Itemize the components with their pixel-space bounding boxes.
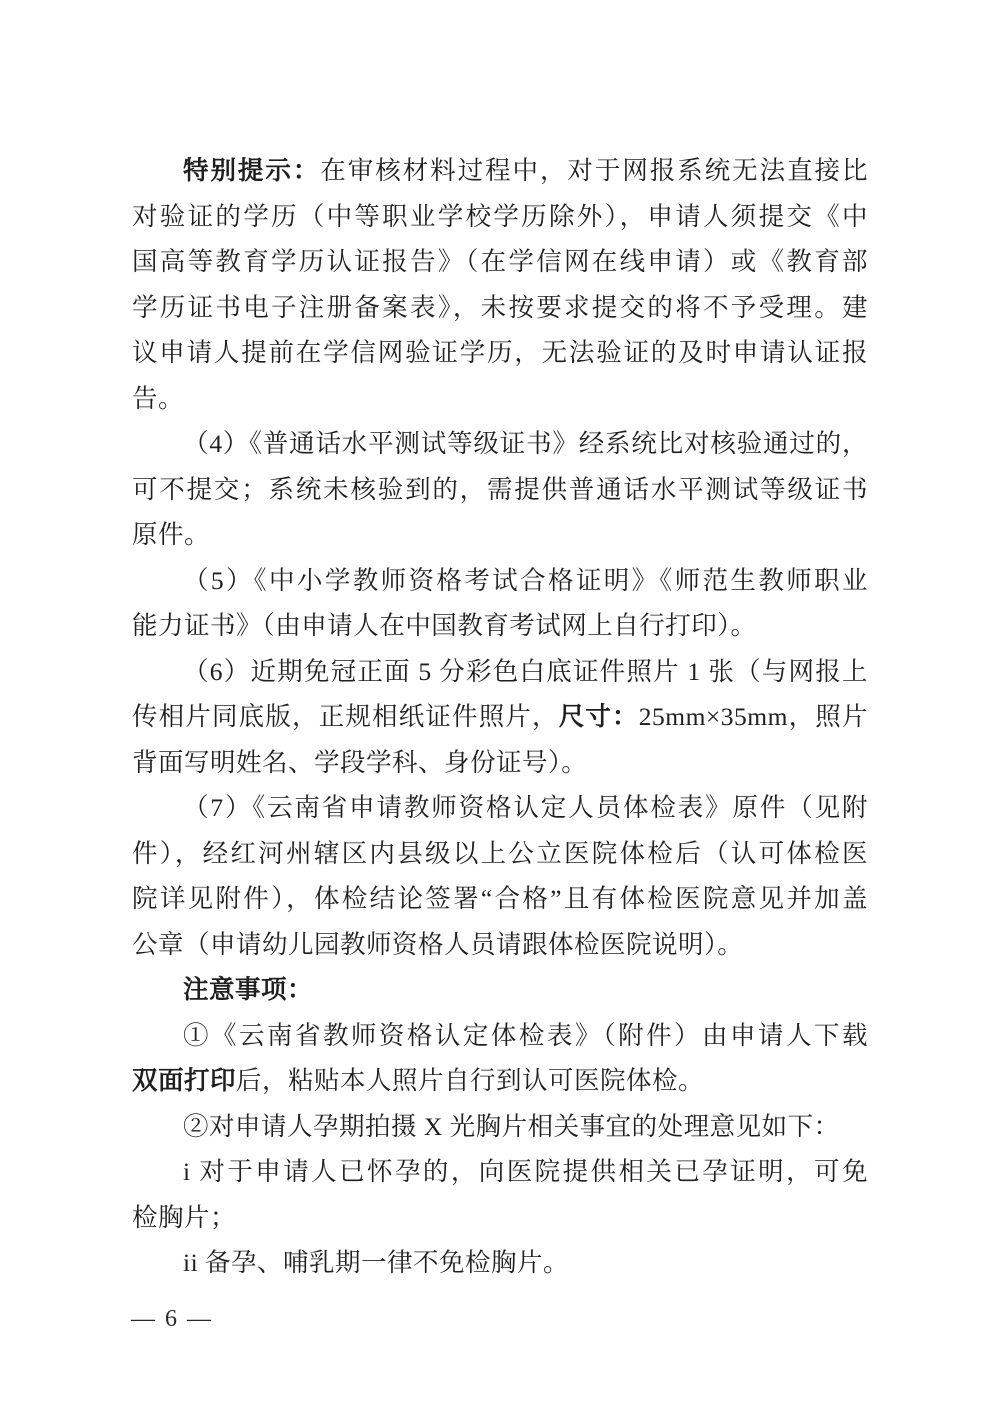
text-run: 学历证书电子注册备案表》，未按要求提交的将不予受理。建 xyxy=(132,293,868,322)
text-run: （4）《普通话水平测试等级证书》经系统比对核验通过的， xyxy=(183,429,868,458)
text-run: 议申请人提前在学信网验证学历，无法验证的及时申请认证报 xyxy=(132,338,868,367)
paragraph: （4）《普通话水平测试等级证书》经系统比对核验通过的，可不提交；系统未核验到的，… xyxy=(132,421,868,558)
text-run: 在审核材料过程中，对于网报系统无法直接比 xyxy=(320,156,868,185)
page-number: — 6 — xyxy=(131,1306,213,1333)
text-line: 院详见附件），体检结论签署“合格”且有体检医院意见并加盖 xyxy=(132,876,868,922)
document-body: 特别提示：在审核材料过程中，对于网报系统无法直接比对验证的学历（中等职业学校学历… xyxy=(132,148,868,1286)
text-run: 国高等教育学历认证报告》（在学信网在线申请）或《教育部 xyxy=(132,247,868,276)
text-line: 注意事项： xyxy=(132,967,868,1013)
text-line: 特别提示：在审核材料过程中，对于网报系统无法直接比 xyxy=(132,148,868,194)
text-line: （6）近期免冠正面 5 分彩色白底证件照片 1 张（与网报上 xyxy=(132,649,868,695)
paragraph: ②对申请人孕期拍摄 X 光胸片相关事宜的处理意见如下： xyxy=(132,1104,868,1150)
text-line: 件），经红河州辖区内县级以上公立医院体检后（认可体检医 xyxy=(132,831,868,877)
text-line: （4）《普通话水平测试等级证书》经系统比对核验通过的， xyxy=(132,421,868,467)
text-run: i 对于申请人已怀孕的，向医院提供相关已孕证明，可免 xyxy=(183,1157,868,1186)
text-line: ②对申请人孕期拍摄 X 光胸片相关事宜的处理意见如下： xyxy=(132,1104,868,1150)
bold-text: 双面打印 xyxy=(132,1066,236,1095)
text-line: （7）《云南省申请教师资格认定人员体检表》原件（见附 xyxy=(132,785,868,831)
text-run: 能力证书》（由申请人在中国教育考试网上自行打印）。 xyxy=(132,611,757,640)
paragraph: （6）近期免冠正面 5 分彩色白底证件照片 1 张（与网报上传相片同底版，正规相… xyxy=(132,649,868,786)
text-run: 公章（申请幼儿园教师资格人员请跟体检医院说明）。 xyxy=(132,930,743,959)
text-run: 传相片同底版，正规相纸证件照片， xyxy=(132,702,559,731)
text-line: 原件。 xyxy=(132,512,868,558)
bold-text: 尺寸： xyxy=(559,702,639,731)
text-line: 告。 xyxy=(132,376,868,422)
text-line: 公章（申请幼儿园教师资格人员请跟体检医院说明）。 xyxy=(132,922,868,968)
text-line: ①《云南省教师资格认定体检表》（附件）由申请人下载 xyxy=(132,1013,868,1059)
text-line: 检胸片； xyxy=(132,1195,868,1241)
text-run: 25mm×35mm，照片 xyxy=(639,702,868,731)
text-run: 检胸片； xyxy=(132,1203,236,1232)
paragraph: （7）《云南省申请教师资格认定人员体检表》原件（见附件），经红河州辖区内县级以上… xyxy=(132,785,868,967)
text-run: ②对申请人孕期拍摄 X 光胸片相关事宜的处理意见如下： xyxy=(183,1112,840,1141)
text-line: 可不提交；系统未核验到的，需提供普通话水平测试等级证书 xyxy=(132,467,868,513)
text-line: 对验证的学历（中等职业学校学历除外），申请人须提交《中 xyxy=(132,194,868,240)
text-run: 告。 xyxy=(132,384,184,413)
text-run: 院详见附件），体检结论签署“合格”且有体检医院意见并加盖 xyxy=(132,884,868,913)
text-run: 件），经红河州辖区内县级以上公立医院体检后（认可体检医 xyxy=(132,839,868,868)
text-run: （6）近期免冠正面 5 分彩色白底证件照片 1 张（与网报上 xyxy=(183,657,868,686)
text-line: ii 备孕、哺乳期一律不免检胸片。 xyxy=(132,1240,868,1286)
paragraph: 注意事项： xyxy=(132,967,868,1013)
bold-text: 注意事项： xyxy=(183,975,313,1004)
text-line: i 对于申请人已怀孕的，向医院提供相关已孕证明，可免 xyxy=(132,1149,868,1195)
text-line: 双面打印后，粘贴本人照片自行到认可医院体检。 xyxy=(132,1058,868,1104)
text-run: （7）《云南省申请教师资格认定人员体检表》原件（见附 xyxy=(183,793,868,822)
text-line: 传相片同底版，正规相纸证件照片，尺寸：25mm×35mm，照片 xyxy=(132,694,868,740)
text-line: 背面写明姓名、学段学科、身份证号）。 xyxy=(132,740,868,786)
paragraph: ii 备孕、哺乳期一律不免检胸片。 xyxy=(132,1240,868,1286)
text-line: （5）《中小学教师资格考试合格证明》《师范生教师职业 xyxy=(132,558,868,604)
paragraph: 特别提示：在审核材料过程中，对于网报系统无法直接比对验证的学历（中等职业学校学历… xyxy=(132,148,868,421)
paragraph: （5）《中小学教师资格考试合格证明》《师范生教师职业能力证书》（由申请人在中国教… xyxy=(132,558,868,649)
text-line: 国高等教育学历认证报告》（在学信网在线申请）或《教育部 xyxy=(132,239,868,285)
paragraph: i 对于申请人已怀孕的，向医院提供相关已孕证明，可免检胸片； xyxy=(132,1149,868,1240)
text-run: （5）《中小学教师资格考试合格证明》《师范生教师职业 xyxy=(183,566,868,595)
text-line: 能力证书》（由申请人在中国教育考试网上自行打印）。 xyxy=(132,603,868,649)
paragraph: ①《云南省教师资格认定体检表》（附件）由申请人下载双面打印后，粘贴本人照片自行到… xyxy=(132,1013,868,1104)
document-page: 特别提示：在审核材料过程中，对于网报系统无法直接比对验证的学历（中等职业学校学历… xyxy=(0,0,1000,1414)
text-run: 可不提交；系统未核验到的，需提供普通话水平测试等级证书 xyxy=(132,475,868,504)
text-run: 后，粘贴本人照片自行到认可医院体检。 xyxy=(236,1066,704,1095)
text-run: 原件。 xyxy=(132,520,210,549)
text-run: 对验证的学历（中等职业学校学历除外），申请人须提交《中 xyxy=(132,202,868,231)
text-run: 背面写明姓名、学段学科、身份证号）。 xyxy=(132,748,587,777)
bold-text: 特别提示： xyxy=(183,156,320,185)
text-run: ①《云南省教师资格认定体检表》（附件）由申请人下载 xyxy=(183,1021,868,1050)
text-line: 议申请人提前在学信网验证学历，无法验证的及时申请认证报 xyxy=(132,330,868,376)
text-run: ii 备孕、哺乳期一律不免检胸片。 xyxy=(183,1248,569,1277)
text-line: 学历证书电子注册备案表》，未按要求提交的将不予受理。建 xyxy=(132,285,868,331)
